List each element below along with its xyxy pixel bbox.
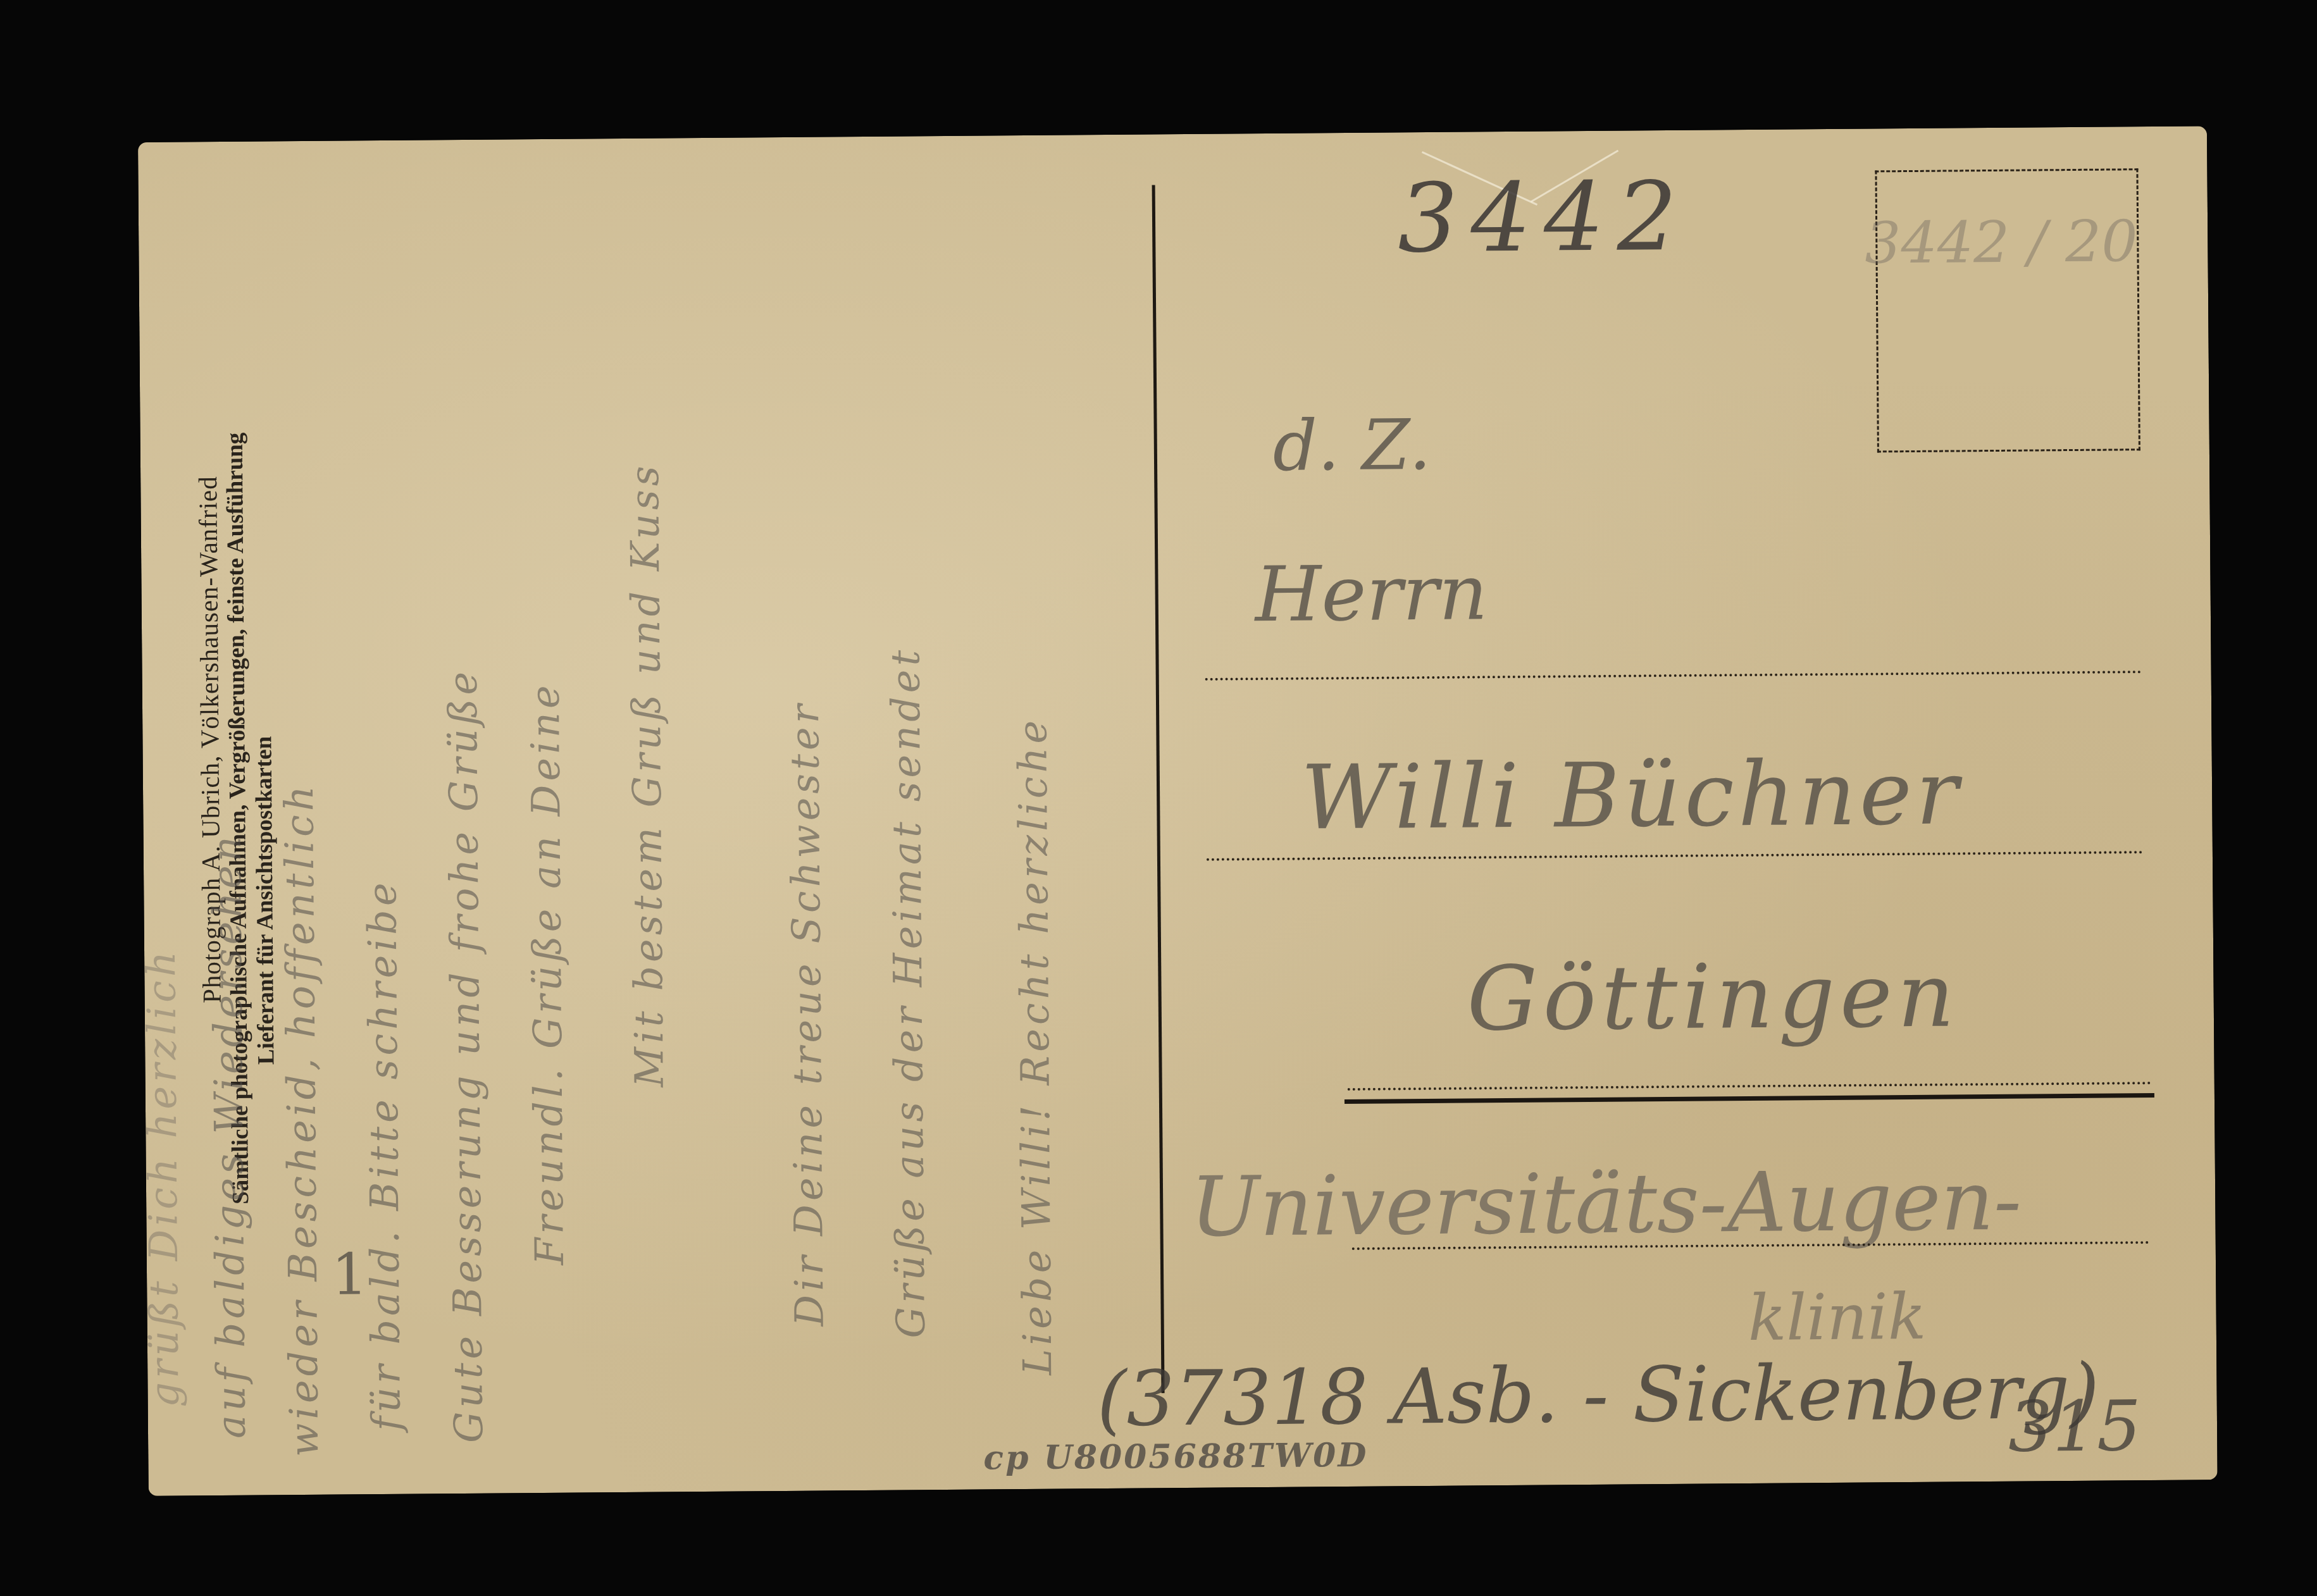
- message-column: Liebe Willi! Recht herzliche: [1009, 717, 1060, 1375]
- address-city: Göttingen: [1467, 944, 1960, 1051]
- stamp-box-pencil: 3442 / 20: [1865, 208, 2138, 276]
- address-institution: Universitäts-Augen-: [1190, 1153, 2022, 1255]
- message-column: Dir Deine treue Schwester: [781, 700, 833, 1327]
- archive-location-note: (37318 Asb. - Sickenberg): [1096, 1348, 2099, 1444]
- message-column: wieder Bescheid, hoffentlich: [276, 782, 327, 1457]
- address-line-1: [1205, 671, 2142, 681]
- postcard: Photograph A. Ubrich, Völkershausen-Wanf…: [138, 126, 2218, 1496]
- address-line-2: [1207, 851, 2143, 861]
- barcode-note: cp U8005688TW0D: [983, 1436, 1369, 1478]
- address-institution-cont: klinik: [1748, 1280, 1926, 1355]
- address-name: Willi Büchner: [1301, 741, 1963, 850]
- address-line-3: [1348, 1082, 2151, 1091]
- message-column: Grüße aus der Heimat sendet: [882, 646, 934, 1338]
- address-underline: [1345, 1093, 2154, 1104]
- address-salutation: Herrn: [1255, 549, 1488, 639]
- stamp-box: 3442 / 20: [1875, 168, 2140, 452]
- message-column: Mit bestem Gruß und Kuss: [621, 462, 673, 1087]
- message-column: grüßt Dich herzlich: [138, 948, 188, 1407]
- address-prefix: d. Z.: [1272, 404, 1431, 486]
- message-address-divider: [1152, 185, 1165, 1393]
- left-mark: 1: [332, 1241, 368, 1308]
- message-column: Gute Besserung und frohe Grüße: [440, 668, 492, 1443]
- message-column: Freundl. Grüße an Deine: [522, 681, 573, 1265]
- message-column: auf baldiges Wiedersehen: [204, 832, 255, 1438]
- archive-number: 3442: [1397, 162, 1690, 275]
- message-column: für bald. Bitte schreibe: [359, 879, 409, 1431]
- archive-location-suffix: 315: [2008, 1385, 2142, 1468]
